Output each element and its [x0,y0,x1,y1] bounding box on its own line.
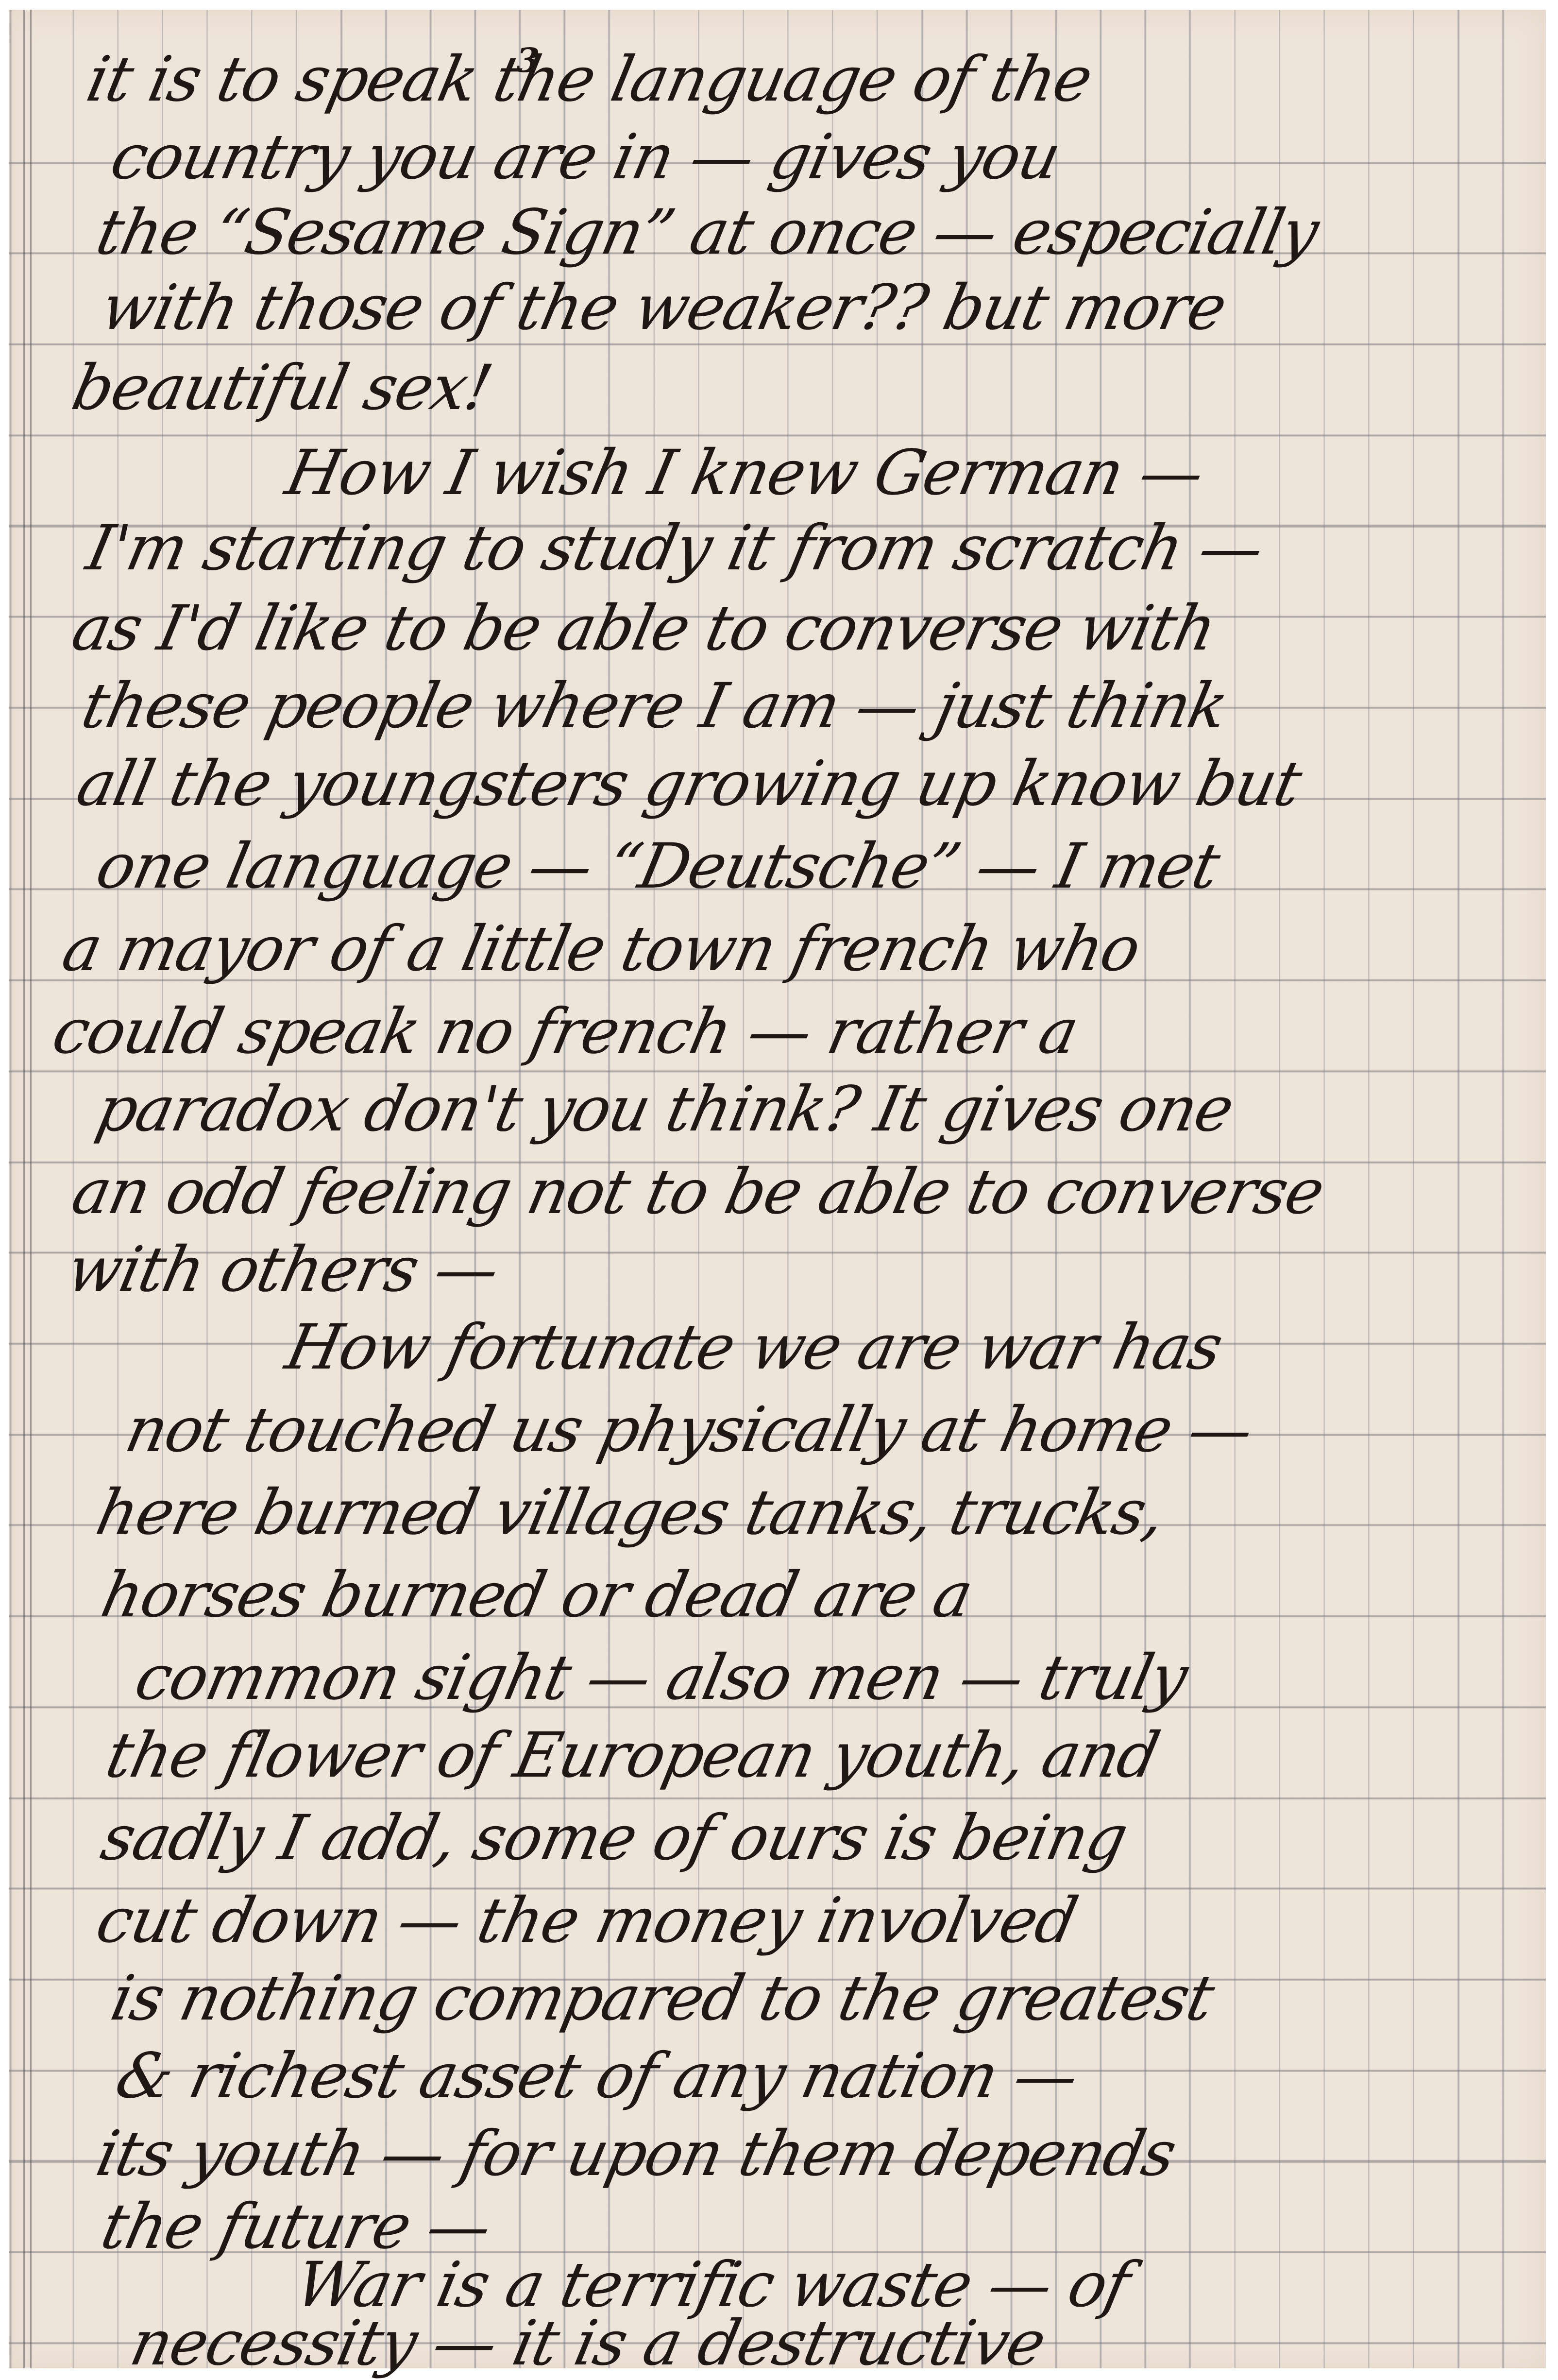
text-line: its youth — for upon them depends [91,2123,1558,2185]
text-line: paradox don't you think? It gives one [91,1079,1558,1141]
text-line: a mayor of a little town french who [57,918,1558,980]
text-line: beautiful sex! [67,357,1558,419]
text-line: How fortunate we are war has [281,1317,1558,1379]
text-line: & richest asset of any nation — [111,2045,1558,2107]
margin-line [23,10,25,2368]
text-line: with those of the weaker?? but more [96,277,1558,339]
text-line: necessity — it is a destructive [125,2312,1558,2375]
margin-line-inner [30,10,32,2368]
text-line: one language — “Deutsche” — I met [91,836,1558,898]
text-line: it is to speak the language of the [82,49,1558,111]
text-line: I'm starting to study it from scratch — [82,517,1558,580]
text-line: here burned villages tanks, trucks, [91,1482,1558,1544]
text-line: cut down — the money involved [91,1890,1558,1952]
text-line: How I wish I knew German — [281,442,1558,504]
text-line: could speak no french — rather a [48,1001,1558,1063]
notebook-page: 3 it is to speak the language of the cou… [9,10,1546,2368]
text-line: not touched us physically at home — [120,1399,1558,1461]
text-line: the “Sesame Sign” at once — especially [91,202,1558,264]
text-line: is nothing compared to the greatest [106,1968,1558,2030]
text-line: common sight — also men — truly [130,1647,1558,1709]
text-line: country you are in — gives you [106,126,1558,188]
text-line: sadly I add, some of ours is being [96,1807,1558,1869]
text-line: as I'd like to be able to converse with [67,598,1558,660]
text-line: all the youngsters growing up know but [72,753,1558,815]
text-line: horses burned or dead are a [96,1564,1558,1627]
text-line: the flower of European youth, and [101,1725,1558,1787]
text-line: these people where I am — just think [77,675,1558,737]
text-line: with others — [62,1239,1558,1301]
text-line: an odd feeling not to be able to convers… [67,1161,1558,1223]
